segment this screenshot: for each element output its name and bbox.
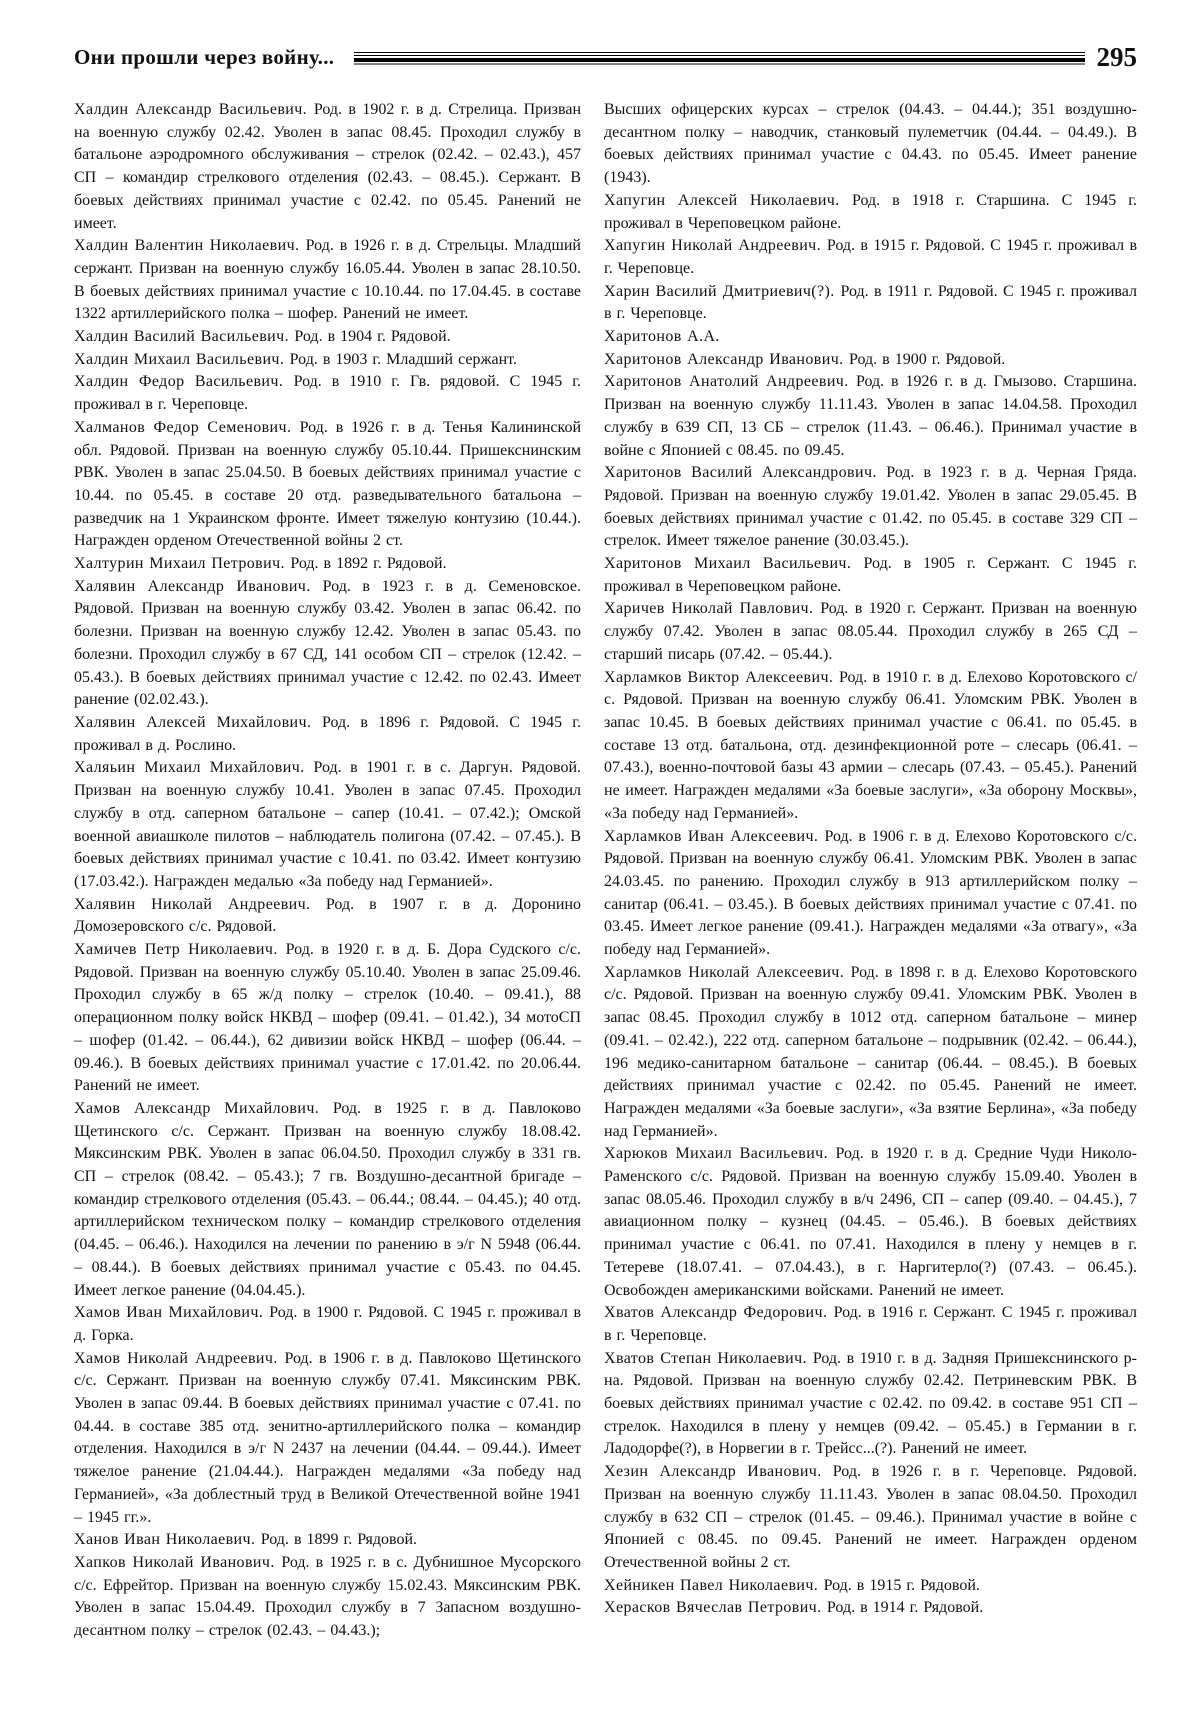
veteran-entry: Харитонов А.А.	[604, 326, 1137, 349]
veteran-entry: Хезин Александр Иванович. Род. в 1926 г.…	[604, 1461, 1137, 1575]
header-rule-divider	[354, 52, 1084, 66]
veteran-entry: Халдин Федор Васильевич. Род. в 1910 г. …	[74, 371, 581, 416]
veteran-name: Халтурин Михаил Петрович.	[74, 555, 290, 572]
page-header-title: Они прошли через войну...	[74, 45, 334, 70]
veteran-name: Харламков Виктор Алексеевич.	[604, 669, 839, 686]
veteran-name: Халявин Алексей Михайлович.	[74, 714, 322, 731]
veteran-name: Хапугин Алексей Николаевич.	[604, 192, 852, 209]
left-column: Халдин Александр Васильевич. Род. в 1902…	[74, 99, 581, 1643]
veteran-entry: Высших офицерских курсах – стрелок (04.4…	[604, 99, 1137, 190]
veteran-entry: Халявин Алексей Михайлович. Род. в 1896 …	[74, 712, 581, 757]
veteran-name: Халдин Валентин Николаевич.	[74, 237, 306, 254]
veteran-name: Хапугин Николай Андреевич.	[604, 237, 827, 254]
veteran-name: Харин Василий Дмитриевич(?).	[604, 283, 840, 300]
veteran-name: Халдин Федор Васильевич.	[74, 373, 294, 390]
veteran-entry: Херасков Вячеслав Петрович. Род. в 1914 …	[604, 1597, 1137, 1620]
veteran-name: Хватов Степан Николаевич.	[604, 1350, 813, 1367]
veteran-name: Хезин Александр Иванович.	[604, 1463, 833, 1480]
veteran-name: Харитонов Василий Александрович.	[604, 464, 886, 481]
veteran-name: Халявин Николай Андреевич.	[74, 896, 326, 913]
page-header: Они прошли через войну... 295	[74, 44, 1137, 71]
veteran-entry: Хватов Александр Федорович. Род. в 1916 …	[604, 1302, 1137, 1347]
veteran-name: Ханов Иван Николаевич.	[74, 1531, 261, 1548]
veteran-entry: Хапугин Алексей Николаевич. Род. в 1918 …	[604, 190, 1137, 235]
veteran-name: Халманов Федор Семенович.	[74, 419, 300, 436]
veteran-entry: Хватов Степан Николаевич. Род. в 1910 г.…	[604, 1348, 1137, 1462]
veteran-entry: Халявин Александр Иванович. Род. в 1923 …	[74, 576, 581, 712]
veteran-name: Херасков Вячеслав Петрович.	[604, 1599, 827, 1616]
veteran-entry: Ханов Иван Николаевич. Род. в 1899 г. Ря…	[74, 1529, 581, 1552]
veteran-name: Харитонов А.А.	[604, 328, 720, 345]
veteran-name: Харичев Николай Павлович.	[604, 600, 820, 617]
right-column: Высших офицерских курсах – стрелок (04.4…	[604, 99, 1137, 1643]
veteran-entry: Харитонов Александр Иванович. Род. в 190…	[604, 349, 1137, 372]
two-column-text-block: Халдин Александр Васильевич. Род. в 1902…	[74, 99, 1137, 1643]
veteran-entry: Харитонов Михаил Васильевич. Род. в 1905…	[604, 553, 1137, 598]
veteran-name: Харюков Михаил Васильевич.	[604, 1145, 836, 1162]
veteran-entry: Халдин Василий Васильевич. Род. в 1904 г…	[74, 326, 581, 349]
veteran-name: Халдин Александр Васильевич.	[74, 101, 314, 118]
veteran-entry: Харюков Михаил Васильевич. Род. в 1920 г…	[604, 1143, 1137, 1302]
veteran-entry: Хапков Николай Иванович. Род. в 1925 г. …	[74, 1552, 581, 1643]
veteran-entry: Хамичев Петр Николаевич. Род. в 1920 г. …	[74, 939, 581, 1098]
veteran-entry: Харичев Николай Павлович. Род. в 1920 г.…	[604, 598, 1137, 666]
veteran-entry: Харитонов Анатолий Андреевич. Род. в 192…	[604, 371, 1137, 462]
veteran-name: Харитонов Анатолий Андреевич.	[604, 373, 856, 390]
veteran-name: Харитонов Михаил Васильевич.	[604, 555, 864, 572]
veteran-name: Хейникен Павел Николаевич.	[604, 1577, 824, 1594]
veteran-entry: Хейникен Павел Николаевич. Род. в 1915 г…	[604, 1575, 1137, 1598]
veteran-name: Халдин Михаил Васильевич.	[74, 351, 290, 368]
veteran-entry: Хамов Иван Михайлович. Род. в 1900 г. Ря…	[74, 1302, 581, 1347]
veteran-name: Халяьин Михаил Михайлович.	[74, 759, 313, 776]
veteran-entry: Харламков Иван Алексеевич. Род. в 1906 г…	[604, 826, 1137, 962]
book-page: Они прошли через войну... 295 Халдин Але…	[0, 0, 1185, 1716]
page-number: 295	[1097, 44, 1138, 71]
veteran-name: Хватов Александр Федорович.	[604, 1304, 834, 1321]
veteran-name: Харламков Николай Алексеевич.	[604, 964, 851, 981]
veteran-name: Халдин Василий Васильевич.	[74, 328, 294, 345]
veteran-entry: Халдин Валентин Николаевич. Род. в 1926 …	[74, 235, 581, 326]
veteran-entry: Халманов Федор Семенович. Род. в 1926 г.…	[74, 417, 581, 553]
veteran-entry: Хапугин Николай Андреевич. Род. в 1915 г…	[604, 235, 1137, 280]
veteran-entry: Халтурин Михаил Петрович. Род. в 1892 г.…	[74, 553, 581, 576]
veteran-name: Харламков Иван Алексеевич.	[604, 828, 825, 845]
veteran-entry: Харламков Виктор Алексеевич. Род. в 1910…	[604, 667, 1137, 826]
veteran-name: Хапков Николай Иванович.	[74, 1554, 281, 1571]
veteran-entry: Хамов Николай Андреевич. Род. в 1906 г. …	[74, 1348, 581, 1530]
veteran-entry: Хамов Александр Михайлович. Род. в 1925 …	[74, 1098, 581, 1302]
veteran-entry: Харламков Николай Алексеевич. Род. в 189…	[604, 962, 1137, 1144]
veteran-entry: Халдин Михаил Васильевич. Род. в 1903 г.…	[74, 349, 581, 372]
veteran-name: Хамов Александр Михайлович.	[74, 1100, 333, 1117]
veteran-name: Хамов Иван Михайлович.	[74, 1304, 269, 1321]
veteran-entry: Харин Василий Дмитриевич(?). Род. в 1911…	[604, 281, 1137, 326]
veteran-entry: Халявин Николай Андреевич. Род. в 1907 г…	[74, 894, 581, 939]
veteran-entry: Халяьин Михаил Михайлович. Род. в 1901 г…	[74, 757, 581, 893]
veteran-entry: Халдин Александр Васильевич. Род. в 1902…	[74, 99, 581, 235]
veteran-name: Харитонов Александр Иванович.	[604, 351, 849, 368]
veteran-name: Халявин Александр Иванович.	[74, 578, 323, 595]
veteran-entry: Харитонов Василий Александрович. Род. в …	[604, 462, 1137, 553]
veteran-name: Хамичев Петр Николаевич.	[74, 941, 286, 958]
veteran-name: Хамов Николай Андреевич.	[74, 1350, 284, 1367]
